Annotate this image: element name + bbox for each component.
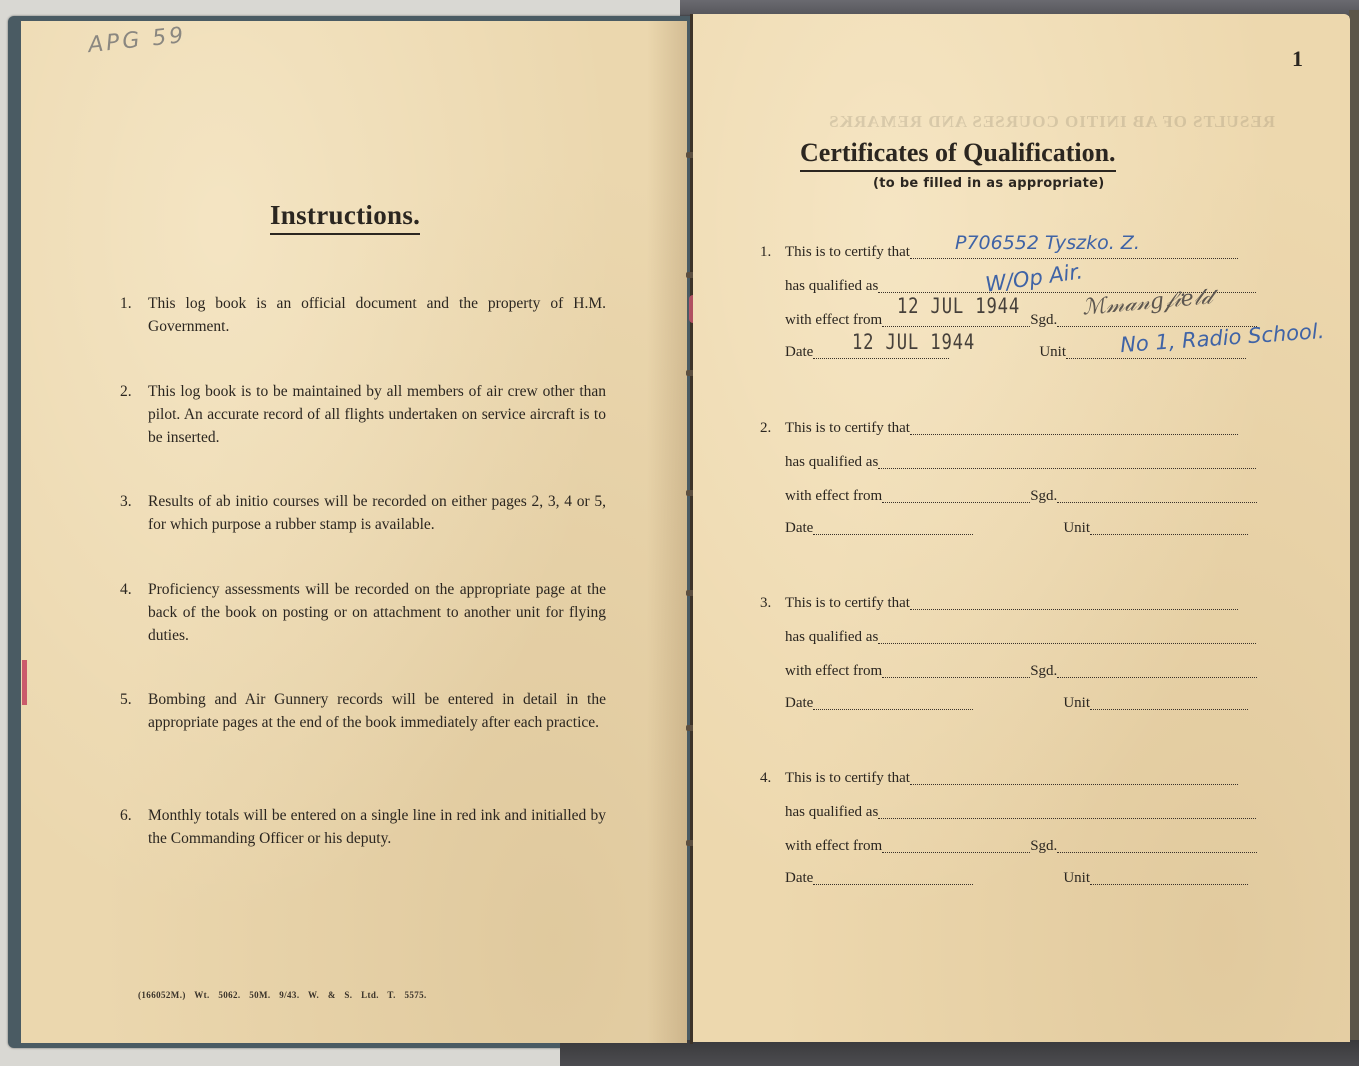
qualified-label: has qualified as [785,629,878,646]
date-stamp-date: 12 JUL 1944 [852,330,975,354]
book-cover-right-edge [1349,10,1359,1050]
instruction-text: Results of ab initio courses will be rec… [148,490,606,536]
unit-label: Unit [1063,870,1090,887]
instruction-number: 2. [120,380,148,449]
unit-label: Unit [1063,520,1090,537]
unit-field[interactable] [1090,520,1248,535]
printer-imprint: (166052M.) Wt. 5062. 50M. 9/43. W. & S. … [138,990,427,1000]
instruction-number: 1. [120,292,148,338]
instruction-number: 6. [120,804,148,850]
date-unit-row: Date Unit [785,870,1248,887]
instruction-item: 1. This log book is an official document… [120,292,606,338]
instruction-item: 6. Monthly totals will be entered on a s… [120,804,606,850]
qualified-row: has qualified as [785,454,1256,471]
sgd-field[interactable] [1057,488,1257,503]
book-cover-bottom [560,1040,1359,1066]
unit-label: Unit [1039,344,1066,361]
date-field[interactable] [813,520,973,535]
instruction-text: Monthly totals will be entered on a sing… [148,804,606,850]
sgd-label: Sgd. [1030,488,1057,505]
effect-field[interactable] [882,663,1030,678]
date-field[interactable] [813,695,973,710]
certify-row: 2. This is to certify that [760,420,1238,437]
instruction-number: 4. [120,578,148,647]
unit-field[interactable] [1090,870,1248,885]
qualified-field[interactable] [878,454,1256,469]
instruction-item: 2. This log book is to be maintained by … [120,380,606,449]
sgd-label: Sgd. [1030,663,1057,680]
date-unit-row: Date Unit [785,695,1248,712]
effect-sgd-row: with effect from Sgd. [785,488,1257,505]
qualified-label: has qualified as [785,278,878,295]
sgd-label: Sgd. [1030,312,1057,329]
qualified-label: has qualified as [785,454,878,471]
certificates-title: Certificates of Qualification. [800,138,1116,172]
qualified-row: has qualified as [785,804,1256,821]
instruction-text: This log book is to be maintained by all… [148,380,606,449]
red-ink-mark [22,660,27,705]
effect-sgd-row: with effect from Sgd. [785,312,1257,329]
certify-row: 4. This is to certify that [760,770,1238,787]
certify-label: This is to certify that [785,595,910,612]
certify-field[interactable] [910,595,1238,610]
certify-row: 3. This is to certify that [760,595,1238,612]
page-number: 1 [1292,46,1303,72]
effect-sgd-row: with effect from Sgd. [785,838,1257,855]
effect-label: with effect from [785,312,882,329]
instruction-text: Bombing and Air Gunnery records will be … [148,688,606,734]
unit-field[interactable] [1090,695,1248,710]
instructions-title: Instructions. [270,200,420,235]
certificate-number: 2. [760,420,785,437]
certify-label: This is to certify that [785,420,910,437]
qualified-row: has qualified as [785,629,1256,646]
instruction-item: 3. Results of ab initio courses will be … [120,490,606,536]
instruction-item: 4. Proficiency assessments will be recor… [120,578,606,647]
instruction-text: Proficiency assessments will be recorded… [148,578,606,647]
effect-field[interactable] [882,838,1030,853]
date-field[interactable] [813,870,973,885]
effect-label: with effect from [785,663,882,680]
sgd-field[interactable] [1057,838,1257,853]
instruction-number: 3. [120,490,148,536]
effect-label: with effect from [785,488,882,505]
certify-label: This is to certify that [785,770,910,787]
gutter-shadow [647,21,687,1043]
date-label: Date [785,870,813,887]
certificate-block-3: 3. This is to certify that has qualified… [760,591,1272,711]
date-label: Date [785,344,813,361]
certificates-subtitle: (to be filled in as appropriate) [873,176,1104,191]
handwritten-service-number-name: P706552 Tyszko. Z. [955,232,1140,254]
qualified-label: has qualified as [785,804,878,821]
certificate-number: 1. [760,244,785,261]
effect-label: with effect from [785,838,882,855]
date-unit-row: Date Unit [785,520,1248,537]
unit-label: Unit [1063,695,1090,712]
certificate-block-2: 2. This is to certify that has qualified… [760,416,1272,536]
instruction-number: 5. [120,688,148,734]
sgd-field[interactable] [1057,663,1257,678]
certificate-block-4: 4. This is to certify that has qualified… [760,766,1272,886]
certify-field[interactable] [910,770,1238,785]
certificate-number: 3. [760,595,785,612]
certify-label: This is to certify that [785,244,910,261]
certificate-number: 4. [760,770,785,787]
certify-field[interactable] [910,420,1238,435]
date-stamp-effect: 12 JUL 1944 [897,294,1020,318]
qualified-field[interactable] [878,629,1256,644]
instruction-item: 5. Bombing and Air Gunnery records will … [120,688,606,734]
date-label: Date [785,520,813,537]
effect-field[interactable] [882,488,1030,503]
date-label: Date [785,695,813,712]
sgd-label: Sgd. [1030,838,1057,855]
bleed-through-text: RESULTS OF AB INITIO COURSES AND REMARKS [755,112,1275,132]
instruction-text: This log book is an official document an… [148,292,606,338]
effect-sgd-row: with effect from Sgd. [785,663,1257,680]
qualified-field[interactable] [878,804,1256,819]
